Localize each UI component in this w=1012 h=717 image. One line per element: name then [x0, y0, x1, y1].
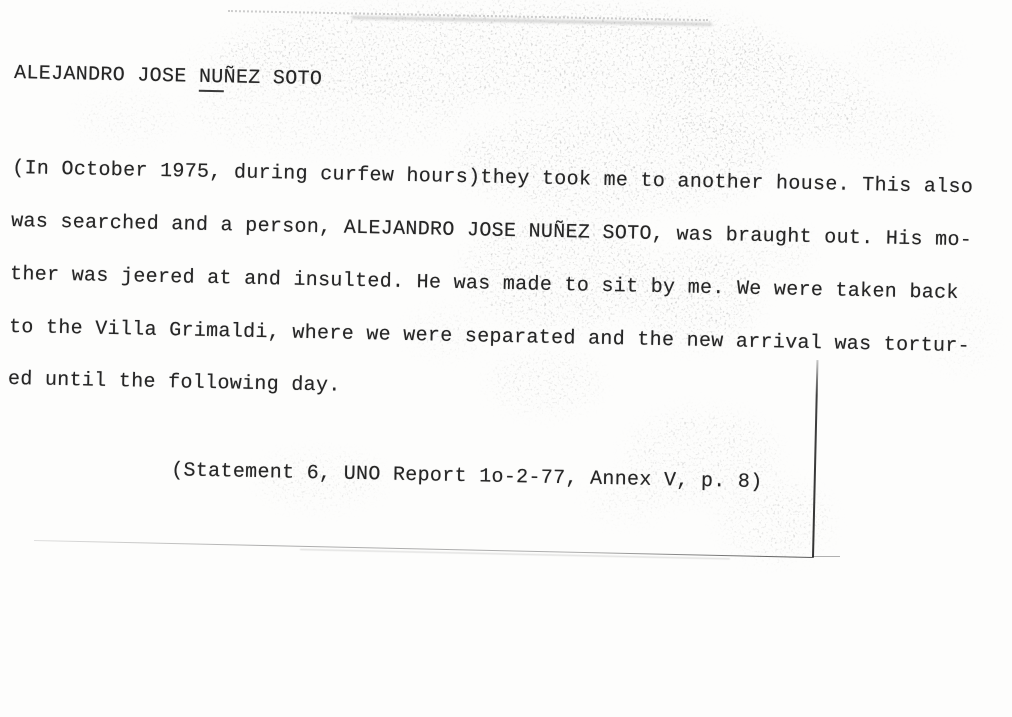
scanned-document-page: ALEJANDRO JOSE NUÑEZ SOTO (In October 19…: [0, 0, 1012, 717]
document-title-underlined: NU: [199, 66, 224, 92]
paragraph-line-1: (In October 1975, during curfew hours)th…: [12, 160, 1012, 198]
paragraph-line-2: was searched and a person, ALEJANDRO JOS…: [11, 213, 1012, 251]
document-title-post: ÑEZ SOTO: [223, 66, 322, 91]
citation-line: (Statement 6, UNO Report 1o-2-77, Annex …: [171, 462, 1008, 496]
paragraph-line-5: ed until the following day.: [8, 371, 1010, 409]
document-title-pre: ALEJANDRO JOSE: [14, 62, 199, 89]
typewritten-text-block: ALEJANDRO JOSE NUÑEZ SOTO (In October 19…: [5, 30, 1012, 532]
document-title: ALEJANDRO JOSE NUÑEZ SOTO: [14, 65, 1012, 103]
card-bottom-edge-tail: [812, 556, 840, 557]
paragraph-line-3: ther was jeered at and insulted. He was …: [10, 266, 1012, 304]
paragraph-line-4: to the Villa Grimaldi, where we were sep…: [9, 318, 1011, 356]
card-bottom-edge-line: [34, 540, 814, 558]
testimony-paragraph: (In October 1975, during curfew hours)th…: [7, 125, 1012, 444]
